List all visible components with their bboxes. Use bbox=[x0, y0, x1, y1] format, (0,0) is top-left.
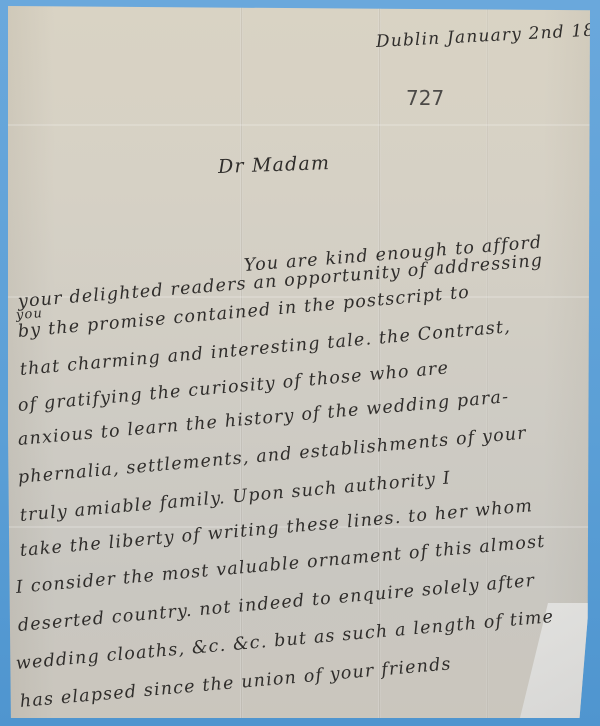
paper-fold bbox=[378, 6, 381, 718]
paper-fold bbox=[486, 6, 489, 718]
paper-crease bbox=[8, 124, 590, 126]
salutation: Dr Madam bbox=[218, 152, 331, 178]
archive-number: 727 bbox=[406, 86, 444, 110]
letter-sheet: Dublin January 2nd 1810 727 Dr Madam You… bbox=[8, 6, 590, 718]
